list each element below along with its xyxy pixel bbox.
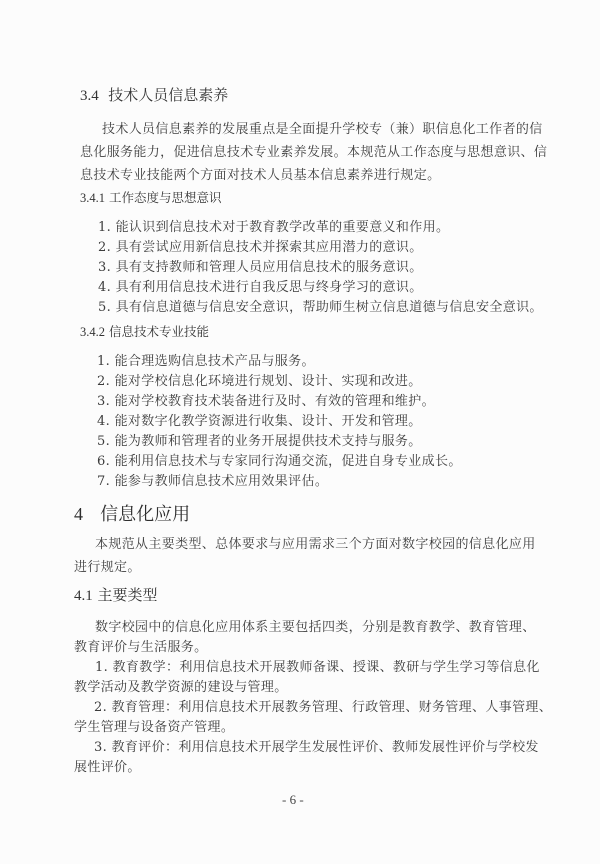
list-item: 1. 能认识到信息技术对于教育教学改革的重要意义和作用。 [98,216,449,235]
subsection-title: 信息技术专业技能 [109,324,209,339]
subsection-heading-3-4-2: 3.4.2 信息技术专业技能 [80,322,209,340]
list-item: 1. 教育教学：利用信息技术开展教师备课、授课、教研与学生学习等信息化 [95,656,540,675]
list-item: 3. 具有支持教师和管理人员应用信息技术的服务意识。 [98,256,423,275]
list-item: 5. 能为教师和管理者的业务开展提供技术支持与服务。 [97,430,422,449]
page-number: - 6 - [282,792,304,808]
chapter-number: 4 [74,504,83,524]
list-item: 4. 能对数字化教学资源进行收集、设计、开发和管理。 [97,410,422,429]
list-item: 3. 教育评价：利用信息技术开展学生发展性评价、教师发展性评价与学校发 [94,736,539,755]
section-number: 3.4 [80,88,99,104]
list-item-continuation: 教学活动及教学资源的建设与管理。 [74,676,288,695]
section-title: 技术人员信息素养 [108,86,228,104]
section-heading-3-4: 3.4 技术人员信息素养 [80,84,228,105]
section-number: 4.1 [74,588,93,604]
list-item: 3. 能对学校教育技术装备进行及时、有效的管理和维护。 [97,390,435,409]
paragraph-line: 教育评价与生活服务。 [74,636,208,655]
section-title: 主要类型 [98,586,158,604]
list-item: 6. 能利用信息技术与专家同行沟通交流，促进自身专业成长。 [97,450,462,469]
list-item: 5. 具有信息道德与信息安全意识，帮助师生树立信息道德与信息安全意识。 [98,296,543,315]
paragraph-line: 息化服务能力，促进信息技术专业素养发展。本规范从工作态度与思想意识、信 [80,141,547,160]
paragraph-line: 数字校园中的信息化应用体系主要包括四类，分别是教育教学、教育管理、 [95,616,536,635]
subsection-heading-3-4-1: 3.4.1 工作态度与思想意识 [80,188,222,206]
list-item: 2. 具有尝试应用新信息技术并探索其应用潜力的意识。 [98,236,423,255]
chapter-heading-4: 4 信息化应用 [74,500,190,526]
list-item: 2. 能对学校信息化环境进行规划、设计、实现和改进。 [97,370,422,389]
list-item: 4. 具有利用信息技术进行自我反思与终身学习的意识。 [98,276,423,295]
subsection-title: 工作态度与思想意识 [109,190,222,205]
section-heading-4-1: 4.1 主要类型 [74,584,158,605]
paragraph-line: 本规范从主要类型、总体要求与应用需求三个方面对数字校园的信息化应用 [95,533,536,552]
list-item: 1. 能合理选购信息技术产品与服务。 [97,350,315,369]
list-item-continuation: 展性评价。 [74,756,141,775]
subsection-number: 3.4.2 [80,325,105,339]
chapter-title: 信息化应用 [100,504,190,525]
list-item: 7. 能参与教师信息技术应用效果评估。 [97,470,328,489]
paragraph-line: 技术人员信息素养的发展重点是全面提升学校专（兼）职信息化工作者的信 [102,118,543,137]
subsection-number: 3.4.1 [80,191,105,205]
paragraph-line: 息技术专业技能两个方面对技术人员基本信息素养进行规定。 [80,164,440,183]
paragraph-line: 进行规定。 [74,556,141,575]
document-page: 3.4 技术人员信息素养 技术人员信息素养的发展重点是全面提升学校专（兼）职信息… [0,0,600,864]
list-item-continuation: 学生管理与设备资产管理。 [74,716,234,735]
list-item: 2. 教育管理：利用信息技术开展教务管理、行政管理、财务管理、人事管理、 [94,696,552,715]
